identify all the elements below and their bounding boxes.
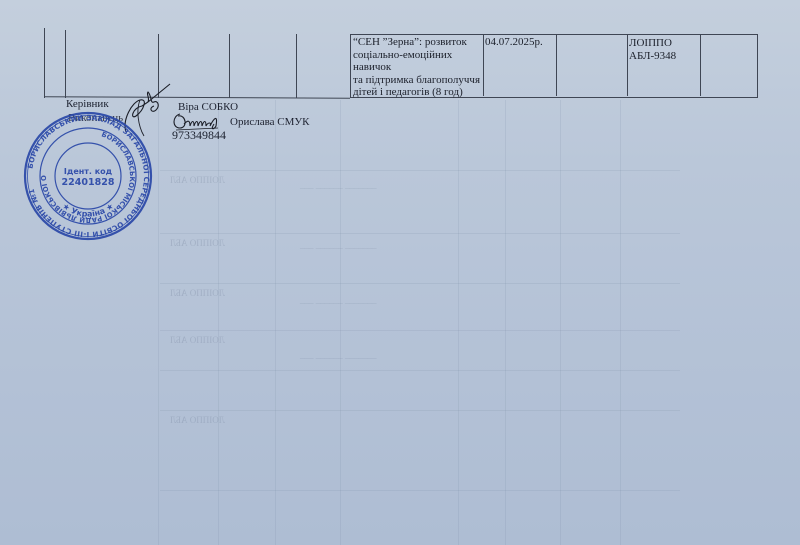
course-title-line: та підтримка благополуччя	[353, 74, 483, 87]
table-column-line	[556, 34, 557, 96]
executor-signature-icon	[170, 110, 232, 132]
scanned-document-page: ЛОІППО АБЛ ЛОІППО АБЛ ЛОІППО АБЛ ЛОІППО …	[0, 0, 800, 545]
course-title-line: дітей і педагогів (8 год)	[353, 86, 483, 99]
table-column-line	[44, 28, 45, 98]
issuer-cell: ЛОІППО АБЛ-9348	[629, 37, 676, 62]
table-column-line	[483, 34, 484, 96]
executor-name: Орислава СМУК	[230, 116, 310, 128]
table-column-line	[700, 34, 701, 96]
table-column-line	[627, 34, 628, 96]
head-label: Керівник	[66, 98, 109, 110]
certificate-number: АБЛ-9348	[629, 50, 676, 63]
table-column-line	[65, 30, 66, 98]
stamp-center-code: 22401828	[62, 177, 115, 188]
table-column-line	[229, 34, 230, 98]
stamp-center-label: Ідент. код	[64, 167, 113, 176]
issuer-name: ЛОІППО	[629, 37, 676, 50]
table-column-line	[296, 34, 297, 98]
date-cell: 04.07.2025р.	[485, 36, 543, 49]
course-title-cell: “СЕН ”Зерна”: розвиток соціально-емоційн…	[353, 36, 483, 99]
official-stamp-icon: БОРИСЛАВСЬКИЙ ЗАКЛАД ЗАГАЛЬНОЇ СЕРЕДНЬОЇ…	[22, 110, 154, 242]
course-title-line: “СЕН ”Зерна”: розвиток	[353, 36, 483, 49]
course-title-line: соціально-емоційних навичок	[353, 49, 483, 74]
